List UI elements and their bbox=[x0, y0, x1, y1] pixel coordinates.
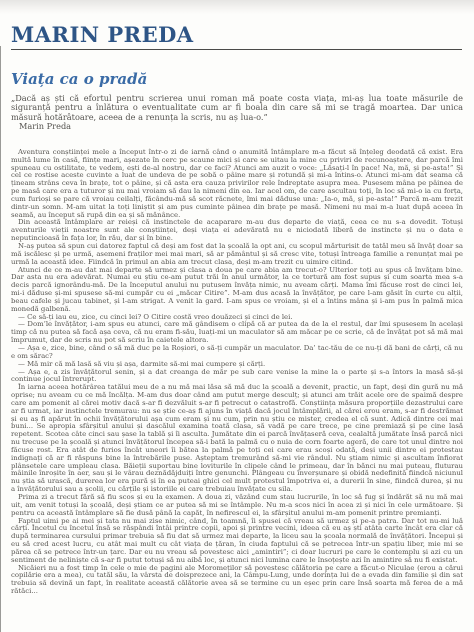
body-paragraph: Atunci de ce m-au dat mai departe să urm… bbox=[11, 267, 463, 314]
body-paragraph: — Așa e, a zis învățătorul senin, și a d… bbox=[11, 369, 463, 385]
body-text: Aventura conștiinței mele a început într… bbox=[11, 149, 463, 596]
body-paragraph: — Așa e, zice, bine, când o să mă duc pe… bbox=[11, 345, 463, 361]
header-rule bbox=[11, 49, 462, 50]
epigraph-quote: „Dacă aș ști că efortul pentru scrierea … bbox=[11, 94, 463, 123]
body-paragraph: Aventura conștiinței mele a început într… bbox=[11, 149, 463, 220]
work-title: Viața ca o pradă bbox=[11, 71, 463, 88]
body-paragraph: N-aș putea să spun cui datorez faptul că… bbox=[11, 243, 463, 267]
page-content: Viața ca o pradă „Dacă aș ști că efortul… bbox=[0, 53, 474, 596]
body-paragraph: Prima zi a trecut fără să fiu scos și eu… bbox=[11, 494, 463, 518]
document-page: MARIN PREDA Viața ca o pradă „Dacă aș șt… bbox=[0, 0, 474, 632]
page-header: MARIN PREDA bbox=[0, 0, 474, 53]
author-name-heading: MARIN PREDA bbox=[11, 24, 462, 45]
body-paragraph: Nicăieri nu a fost timp în cele o mie de… bbox=[11, 565, 463, 596]
epigraph-attribution: Marin Preda bbox=[19, 122, 463, 132]
body-paragraph: În iarna aceea hotărârea tatălui meu de … bbox=[11, 384, 463, 494]
body-paragraph: — Dom’le învățător, i-am spus eu atunci,… bbox=[11, 321, 463, 345]
body-paragraph: Din această întâmplare ar reieși că inst… bbox=[11, 219, 463, 243]
body-paragraph: Faptul uimi pe ai mei și tata nu mai zis… bbox=[11, 518, 463, 565]
